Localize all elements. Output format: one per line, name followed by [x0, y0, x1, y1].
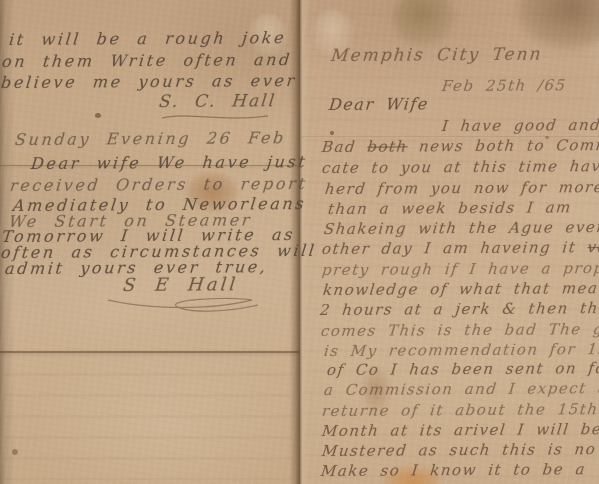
handwriting-line: comes This is the bad The good [320, 320, 599, 340]
signature-sc-hall: S. C. Hall [158, 91, 277, 112]
handwriting-line: a Commission and I expect a [323, 379, 599, 399]
handwriting-line: prety rough if I have a proper [321, 259, 599, 279]
struck-word: both [366, 137, 408, 155]
line-text: other day I am haveing it [321, 238, 589, 258]
handwriting-line: Make so I know it to be a [320, 460, 587, 480]
handwriting-line: it will be a rough joke [8, 28, 287, 49]
handwriting-line: knowledge of what that means [322, 279, 599, 299]
handwriting-line: Shakeing with the Ague every [323, 218, 599, 238]
line-text: Bad [321, 138, 368, 156]
salutation: Dear Wife [328, 94, 430, 114]
signature-se-hall: S E Hall [122, 274, 239, 296]
handwriting-line: on them Write often and [1, 50, 293, 71]
handwriting-line: of Co I has been sent on for [326, 359, 599, 379]
handwriting-line: Month at its arivel I will be [321, 420, 599, 440]
handwriting-line: Sunday Evening 26 Feb [14, 128, 287, 149]
handwriting-line: received Orders to report [9, 174, 309, 195]
handwriting-line: Bad both news both to Commun [321, 136, 599, 156]
handwriting-line: Mustered as such this is no [321, 440, 597, 460]
handwriting-line: believe me yours as ever [0, 71, 298, 92]
letter-scan: it will be a rough joke on them Write of… [0, 0, 599, 484]
handwriting-line: 2 hours at a jerk & then the fever [319, 299, 599, 319]
letter-date: Feb 25th /65 [441, 76, 568, 95]
handwriting-line: herd from you now for more [324, 178, 599, 198]
line-text: news both to Commun [407, 136, 599, 156]
handwriting-line: is My recommendation for 1st Lieu [323, 340, 599, 360]
letter-place-dateline: Memphis City Tenn [330, 45, 544, 66]
handwriting-line: than a week besids I am [327, 198, 573, 218]
handwriting-line: returne of it about the 15th of next [321, 400, 599, 420]
handwriting-line: other day I am haveing it very [321, 238, 599, 258]
struck-word: very [587, 238, 599, 256]
handwriting-line: Dear wife We have just [30, 152, 309, 173]
handwriting-line: cate to you at this time havent [321, 157, 599, 177]
handwriting-line: I have good and [441, 116, 599, 135]
